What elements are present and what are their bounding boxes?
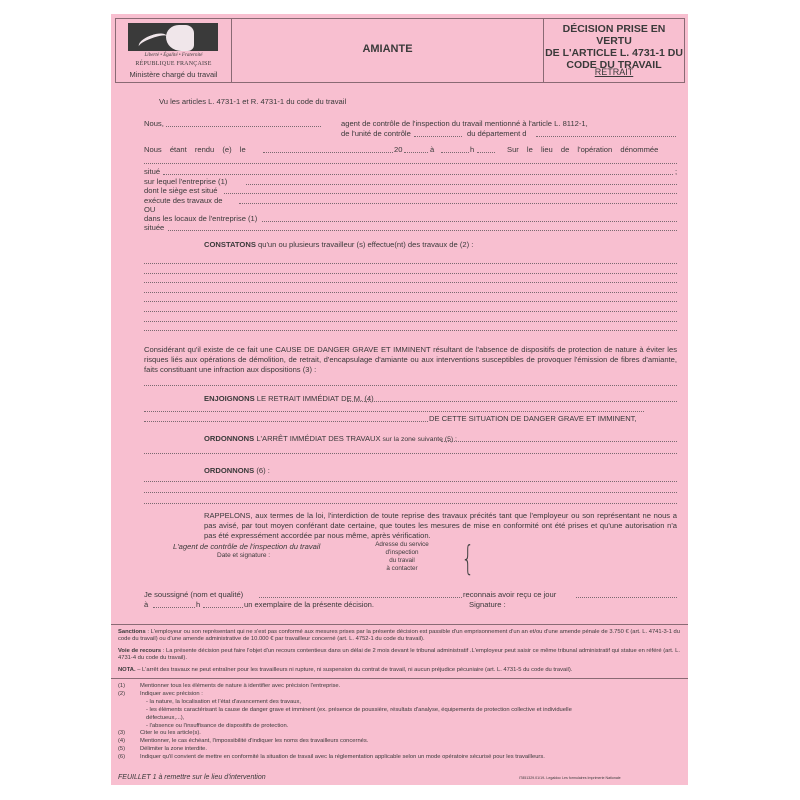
form-header: Liberté • Égalité • Fraternité RÉPUBLIQU… bbox=[115, 18, 685, 83]
nota-note: NOTA. – L'arrêt des travaux ne peut entr… bbox=[118, 667, 680, 674]
constatons-field[interactable] bbox=[144, 311, 677, 312]
situee-field[interactable] bbox=[168, 230, 677, 231]
visit-date-field[interactable] bbox=[263, 152, 393, 153]
ministry-name: Ministère chargé du travail bbox=[116, 70, 231, 79]
agent-role-text: agent de contrôle de l'inspection du tra… bbox=[341, 119, 588, 128]
constatons-field[interactable] bbox=[144, 282, 677, 283]
field-label-travaux: exécute des travaux de bbox=[144, 196, 223, 205]
siege-field[interactable] bbox=[224, 193, 677, 194]
considerant-text: Considérant qu'il existe de ce fait une … bbox=[144, 345, 677, 375]
decision-cell: DÉCISION PRISE EN VERTU DE L'ARTICLE L. … bbox=[544, 19, 684, 82]
ou-label: OU bbox=[144, 205, 155, 214]
receipt-time-field[interactable] bbox=[203, 607, 243, 608]
exemplaire-text: un exemplaire de la présente décision. bbox=[244, 600, 374, 609]
constatons-field[interactable] bbox=[144, 263, 677, 264]
entreprise-field[interactable] bbox=[246, 184, 677, 185]
zone-field-2[interactable] bbox=[144, 453, 677, 454]
sanctions-note: Sanctions : L'employeur ou son représent… bbox=[118, 629, 680, 644]
receipt-at-label: à bbox=[144, 600, 148, 609]
agent-title: L'agent de contrôle de l'inspection du t… bbox=[173, 542, 320, 551]
constatons-field[interactable] bbox=[144, 292, 677, 293]
ordonnons-field-3[interactable] bbox=[144, 503, 677, 504]
lieu-label: Sur le lieu de l'opération dénommée bbox=[507, 145, 658, 154]
divider bbox=[111, 678, 688, 679]
footnote-item: - les éléments caractérisant la cause de… bbox=[118, 707, 678, 714]
logo-cell: Liberté • Égalité • Fraternité RÉPUBLIQU… bbox=[116, 19, 232, 82]
unit-label: de l'unité de contrôle bbox=[341, 129, 411, 138]
brace-icon: { bbox=[461, 539, 474, 579]
form-title: AMIANTE bbox=[232, 43, 543, 55]
constatons-line: CONSTATONS qu'un ou plusieurs travailleu… bbox=[204, 240, 473, 249]
footnote-item: défectueux,...), bbox=[118, 715, 678, 722]
footnote-item: - l'absence ou l'insuffisance de disposi… bbox=[118, 723, 678, 730]
footnote-item: (1)Mentionner tous les éléments de natur… bbox=[118, 683, 678, 690]
footnote-item: - la nature, la localisation et l'état d… bbox=[118, 699, 678, 706]
danger-situation-text: DE CETTE SITUATION DE DANGER GRAVE ET IM… bbox=[429, 414, 637, 423]
divider bbox=[111, 624, 688, 625]
decision-type: RETRAIT bbox=[544, 67, 684, 77]
agent-name-field[interactable] bbox=[166, 126, 321, 127]
reference-code: IT851329.01/19- Legaldoc Les formulaires… bbox=[519, 776, 621, 780]
marianne-logo-icon bbox=[128, 23, 218, 51]
ordonnons-field-2[interactable] bbox=[144, 492, 677, 493]
form-sheet: Liberté • Égalité • Fraternité RÉPUBLIQU… bbox=[111, 14, 688, 785]
rappelons-text: RAPPELONS, aux termes de la loi, l'inter… bbox=[204, 511, 677, 541]
footnote-item: (5)Délimiter la zone interdite. bbox=[118, 746, 678, 753]
receipt-place-field[interactable] bbox=[153, 607, 195, 608]
receipt-date-field[interactable] bbox=[576, 597, 677, 598]
minute-field[interactable] bbox=[477, 152, 495, 153]
soussigne-field[interactable] bbox=[259, 597, 462, 598]
department-label: du département d bbox=[467, 129, 527, 138]
footnote-item: (2)Indiquer avec précision : bbox=[118, 691, 678, 698]
hour-field[interactable] bbox=[441, 152, 469, 153]
rendu-label: Nous étant rendu (e) le bbox=[144, 145, 246, 154]
address-label: Adresse du service d'inspection du trava… bbox=[357, 541, 447, 573]
field-label-entreprise: sur lequel l'entreprise (1) bbox=[144, 177, 227, 186]
constatons-field[interactable] bbox=[144, 273, 677, 274]
constatons-field[interactable] bbox=[144, 321, 677, 322]
field-label-locaux: dans les locaux de l'entreprise (1) bbox=[144, 214, 257, 223]
logo-republic: RÉPUBLIQUE FRANÇAISE bbox=[116, 61, 231, 67]
ordonnons-line: ORDONNONS (6) : bbox=[204, 466, 270, 475]
decision-title: DÉCISION PRISE EN VERTU DE L'ARTICLE L. … bbox=[544, 23, 684, 71]
nous-label: Nous, bbox=[144, 119, 164, 128]
constatons-field[interactable] bbox=[144, 301, 677, 302]
footnote-item: (6)Indiquer qu'il convient de mettre en … bbox=[118, 754, 678, 761]
operation-name-field[interactable] bbox=[144, 163, 677, 164]
feuillet-label: FEUILLET 1 à remettre sur le lieu d'inte… bbox=[118, 774, 266, 781]
ordonnons-arret-line: ORDONNONS L'ARRÊT IMMÉDIAT DES TRAVAUX s… bbox=[204, 434, 457, 444]
year-label: 20 bbox=[394, 145, 402, 154]
footnote-item: (3)Citer le ou les article(s). bbox=[118, 730, 678, 737]
receipt-hour-label: h bbox=[196, 600, 200, 609]
field-label-siege: dont le siège est situé bbox=[144, 186, 217, 195]
at-label: à bbox=[430, 145, 434, 154]
intro-text: Vu les articles L. 4731-1 et R. 4731-1 d… bbox=[159, 97, 346, 106]
worker-name-field-3[interactable] bbox=[144, 421, 428, 422]
department-field[interactable] bbox=[536, 136, 676, 137]
title-cell: AMIANTE bbox=[232, 19, 544, 82]
travaux-field[interactable] bbox=[239, 203, 677, 204]
situe-field[interactable] bbox=[163, 174, 673, 175]
recours-note: Voie de recours : La présente décision p… bbox=[118, 648, 680, 663]
footnote-item: (4)Mentionner, le cas échéant, l'impossi… bbox=[118, 738, 678, 745]
field-label-situee: située bbox=[144, 223, 164, 232]
zone-field[interactable] bbox=[441, 441, 677, 442]
unit-field[interactable] bbox=[414, 136, 462, 137]
worker-name-field-2[interactable] bbox=[144, 411, 644, 412]
logo-motto: Liberté • Égalité • Fraternité bbox=[116, 53, 231, 58]
ordonnons-field-1[interactable] bbox=[144, 481, 677, 482]
dispositions-field[interactable] bbox=[144, 385, 677, 386]
signature-label: Signature : bbox=[469, 600, 506, 609]
soussigne-label: Je soussigné (nom et qualité) bbox=[144, 590, 243, 599]
year-field[interactable] bbox=[404, 152, 428, 153]
constatons-field[interactable] bbox=[144, 330, 677, 331]
reconnais-label: reconnais avoir reçu ce jour bbox=[463, 590, 556, 599]
worker-name-field[interactable] bbox=[347, 401, 677, 402]
field-label-situe: situé bbox=[144, 167, 160, 176]
date-signature-label: Date et signature : bbox=[217, 552, 270, 559]
hour-label: h bbox=[470, 145, 474, 154]
locaux-field[interactable] bbox=[262, 221, 677, 222]
